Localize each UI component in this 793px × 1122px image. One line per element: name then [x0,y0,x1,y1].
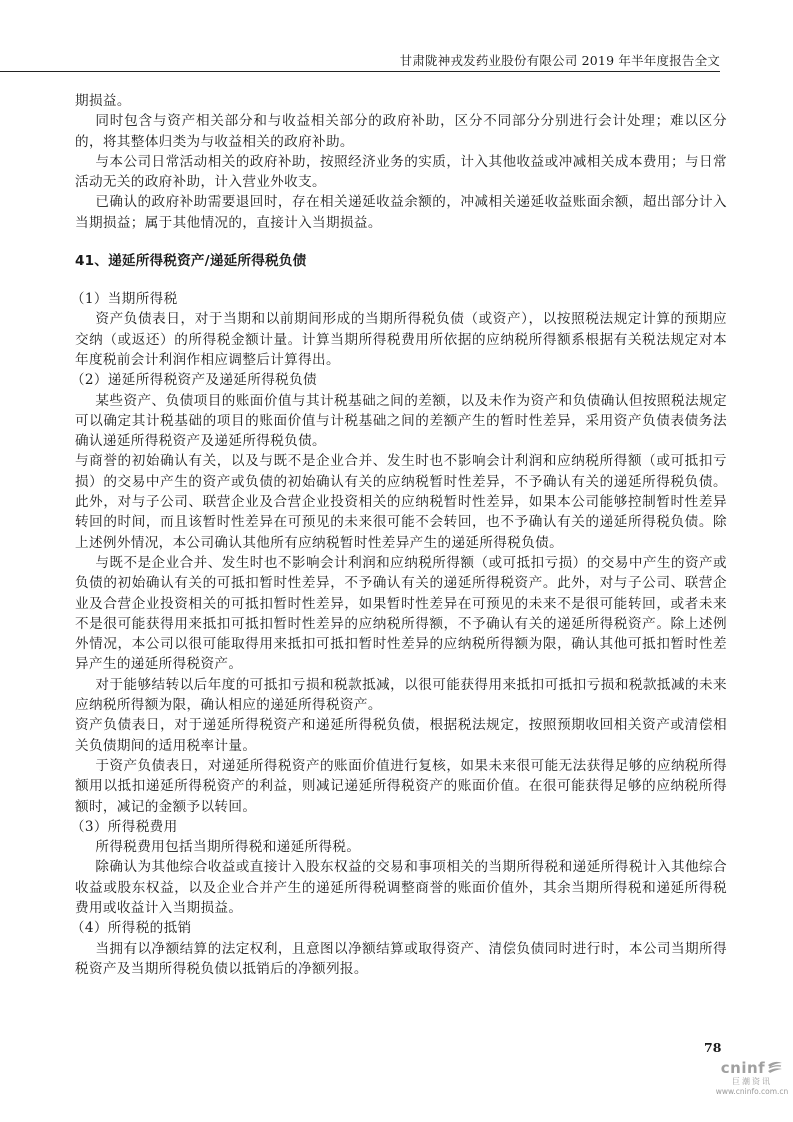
report-title: 甘肃陇神戎发药业股份有限公司 2019 年半年度报告全文 [400,52,720,70]
paragraph: 对于能够结转以后年度的可抵扣亏损和税款抵减，以很可能获得用来抵扣可抵扣亏损和税款… [75,675,727,716]
paragraph: 与既不是企业合并、发生时也不影响会计利润和应纳税所得额（或可抵扣亏损）的交易中产… [75,553,727,675]
paragraph: 除确认为其他综合收益或直接计入股东权益的交易和事项相关的当期所得税和递延所得税计… [75,857,727,918]
logo-brand: cninf [721,1059,765,1077]
paragraph: 所得税费用包括当期所得税和递延所得税。 [75,837,727,857]
paragraph: 当拥有以净额结算的法定权利，且意图以净额结算或取得资产、清偿负债同时进行时，本公… [75,939,727,980]
subsection-heading: （3）所得税费用 [75,817,727,837]
paragraph: 同时包含与资产相关部分和与收益相关部分的政府补助，区分不同部分分别进行会计处理；… [75,111,727,152]
cninfo-logo[interactable]: cninf 巨潮资讯 www.cninfo.com.cn [712,1060,792,1097]
subsection-heading: （1）当期所得税 [75,289,727,309]
paragraph: 资产负债表日，对于递延所得税资产和递延所得税负债，根据税法规定，按照预期收回相关… [75,715,727,756]
paragraph: 期损益。 [75,91,727,111]
paragraph: 于资产负债表日，对递延所得税资产的账面价值进行复核，如果未来很可能无法获得足够的… [75,756,727,817]
cninfo-swirl-icon [767,1060,783,1077]
subsection-heading: （4）所得税的抵销 [75,918,727,938]
section-heading: 41、递延所得税资产/递延所得税负债 [75,251,727,271]
page-number: 78 [704,1040,721,1055]
page-header: 甘肃陇神戎发药业股份有限公司 2019 年半年度报告全文 [0,52,720,72]
subsection-heading: （2）递延所得税资产及递延所得税负债 [75,370,727,390]
paragraph: 某些资产、负债项目的账面价值与其计税基础之间的差额，以及未作为资产和负债确认但按… [75,391,727,452]
logo-url[interactable]: www.cninfo.com.cn [712,1087,792,1097]
document-body: 期损益。 同时包含与资产相关部分和与收益相关部分的政府补助，区分不同部分分别进行… [75,91,727,979]
paragraph: 与本公司日常活动相关的政府补助，按照经济业务的实质，计入其他收益或冲减相关成本费… [75,152,727,193]
paragraph: 与商誉的初始确认有关，以及与既不是企业合并、发生时也不影响会计利润和应纳税所得额… [75,451,727,552]
paragraph: 已确认的政府补助需要退回时，存在相关递延收益余额的，冲减相关递延收益账面余额，超… [75,192,727,233]
logo-chinese-name: 巨潮资讯 [712,1077,792,1087]
paragraph: 资产负债表日，对于当期和以前期间形成的当期所得税负债（或资产），以按照税法规定计… [75,309,727,370]
